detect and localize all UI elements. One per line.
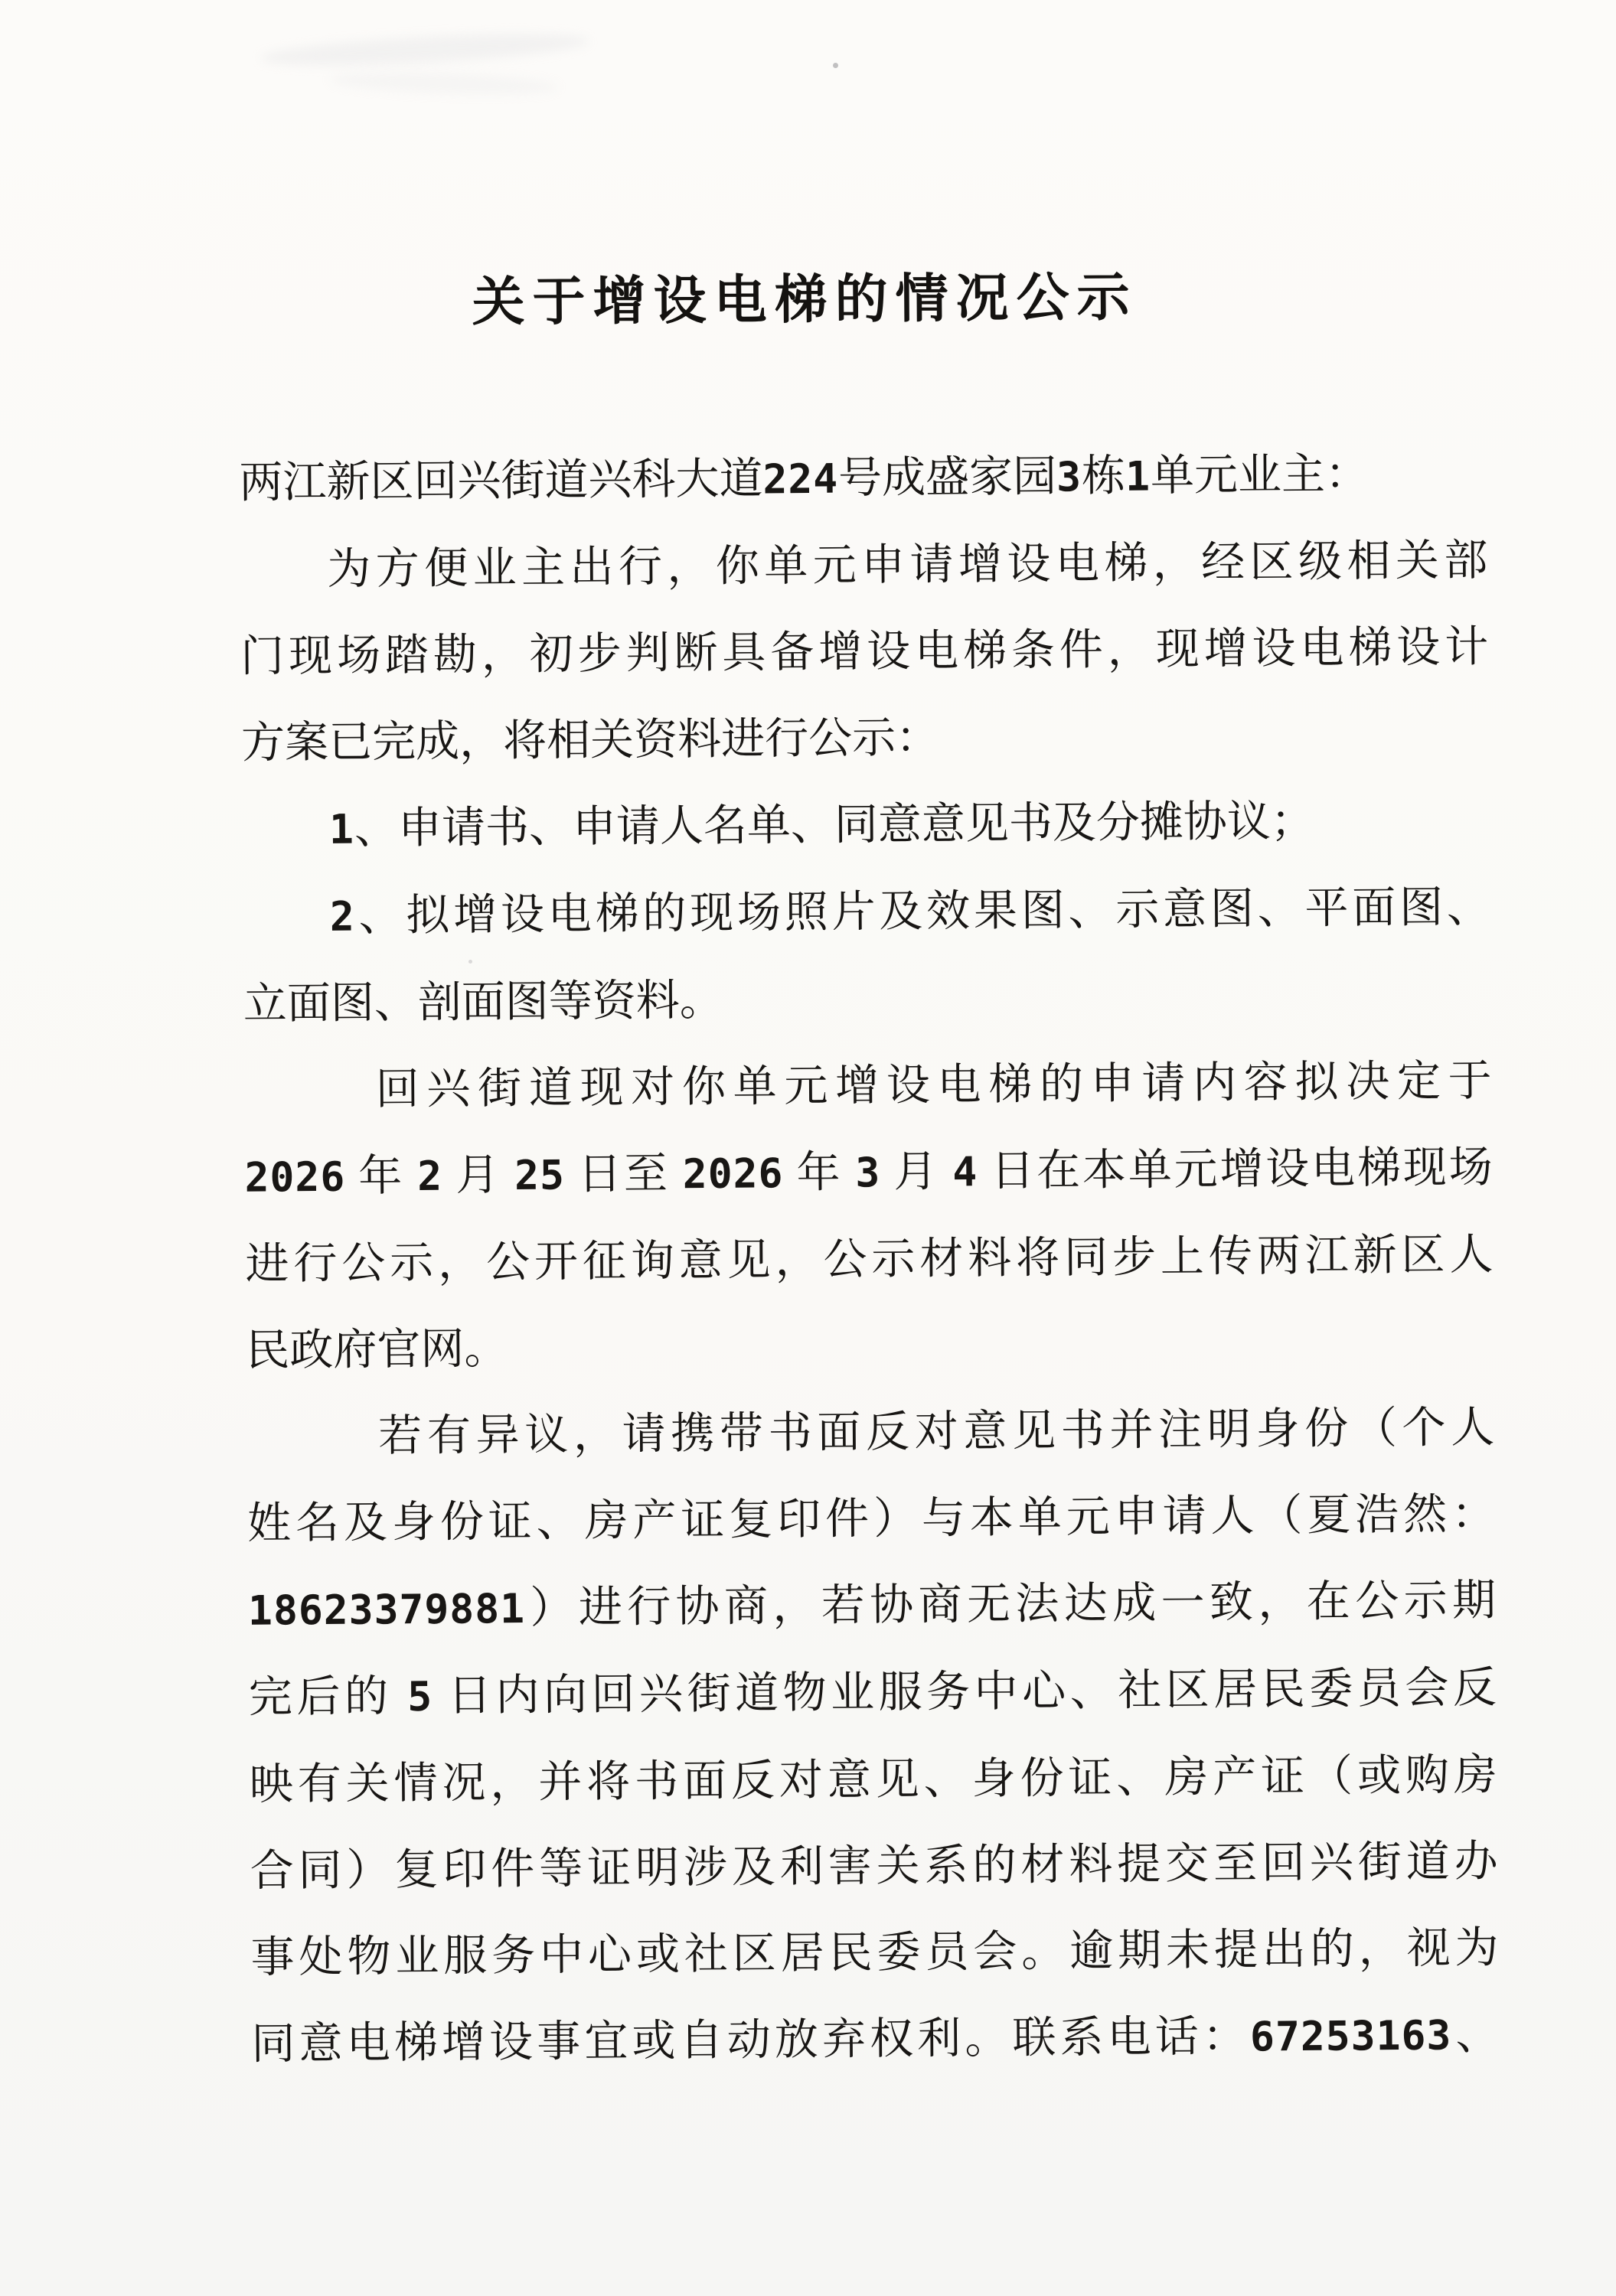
numeric-text: 224: [762, 455, 838, 504]
text-line: 立面图、剖面图等资料。: [243, 951, 1491, 1048]
text-line: 回兴街道现对你单元增设电梯的申请内容拟决定于: [243, 1038, 1492, 1134]
text-line: 合同）复印件等证明涉及利害关系的材料提交至回兴街道办: [250, 1818, 1498, 1915]
numeric-text: 67253163: [1250, 2011, 1452, 2060]
text-line: 事处物业服务中心或社区居民委员会。逾期未提出的，视为: [250, 1905, 1499, 2001]
text-line: 若有异议，请携带书面反对意见书并注明身份（个人: [246, 1384, 1495, 1481]
text-line: 同意电梯增设事宜或自动放弃权利。联系电话：67253163、: [251, 1991, 1500, 2089]
text-line: 进行公示，公开征询意见，公示材料将同步上传两江新区人: [245, 1212, 1494, 1308]
numeric-text: 2: [330, 893, 355, 941]
text-line: 1、申请书、申请人名单、同意意见书及分摊协议；: [242, 777, 1490, 874]
text-line: 完后的 5 日内向回兴街道物业服务中心、社区居民委员会反: [248, 1645, 1497, 1742]
numeric-text: 3: [855, 1149, 880, 1196]
document-sheet: 关于增设电梯的情况公示 两江新区回兴街道兴科大道224号成盛家园3栋1单元业主：…: [0, 0, 1616, 2090]
numeric-text: 1: [329, 806, 354, 853]
text-line: 映有关情况，并将书面反对意见、身份证、房产证（或购房: [249, 1732, 1497, 1828]
numeric-text: 25: [514, 1152, 565, 1200]
text-line: 2026 年 2 月 25 日至 2026 年 3 月 4 日在本单元增设电梯现…: [244, 1124, 1493, 1221]
text-line: 18623379881）进行协商，若协商无法达成一致，在公示期: [248, 1557, 1497, 1655]
text-line: 两江新区回兴街道兴科大道224号成盛家园3栋1单元业主：: [239, 430, 1487, 527]
numeric-text: 2026: [244, 1153, 345, 1202]
numeric-text: 2026: [683, 1150, 784, 1198]
numeric-text: 2: [417, 1153, 442, 1200]
text-line: 门现场踏勘，初步判断具备增设电梯条件，现增设电梯设计: [240, 604, 1489, 700]
text-line: 方案已完成，将相关资料进行公示：: [241, 690, 1490, 787]
numeric-text: 4: [952, 1148, 978, 1195]
text-line: 2、拟增设电梯的现场照片及效果图、示意图、平面图、: [242, 864, 1490, 961]
numeric-text: 3: [1056, 453, 1082, 501]
text-line: 为方便业主出行，你单元申请增设电梯，经区级相关部: [240, 517, 1488, 614]
numeric-text: 5: [407, 1673, 433, 1720]
numeric-text: 1: [1125, 452, 1151, 500]
document-body: 两江新区回兴街道兴科大道224号成盛家园3栋1单元业主：为方便业主出行，你单元申…: [239, 430, 1500, 2089]
text-line: 姓名及身份证、房产证复印件）与本单元申请人（夏浩然：: [247, 1471, 1496, 1567]
scanned-notice-page: 关于增设电梯的情况公示 两江新区回兴街道兴科大道224号成盛家园3栋1单元业主：…: [0, 0, 1616, 2296]
document-title: 关于增设电梯的情况公示: [0, 251, 1613, 340]
numeric-text: 18623379881: [248, 1585, 525, 1635]
text-line: 民政府官网。: [246, 1298, 1494, 1394]
